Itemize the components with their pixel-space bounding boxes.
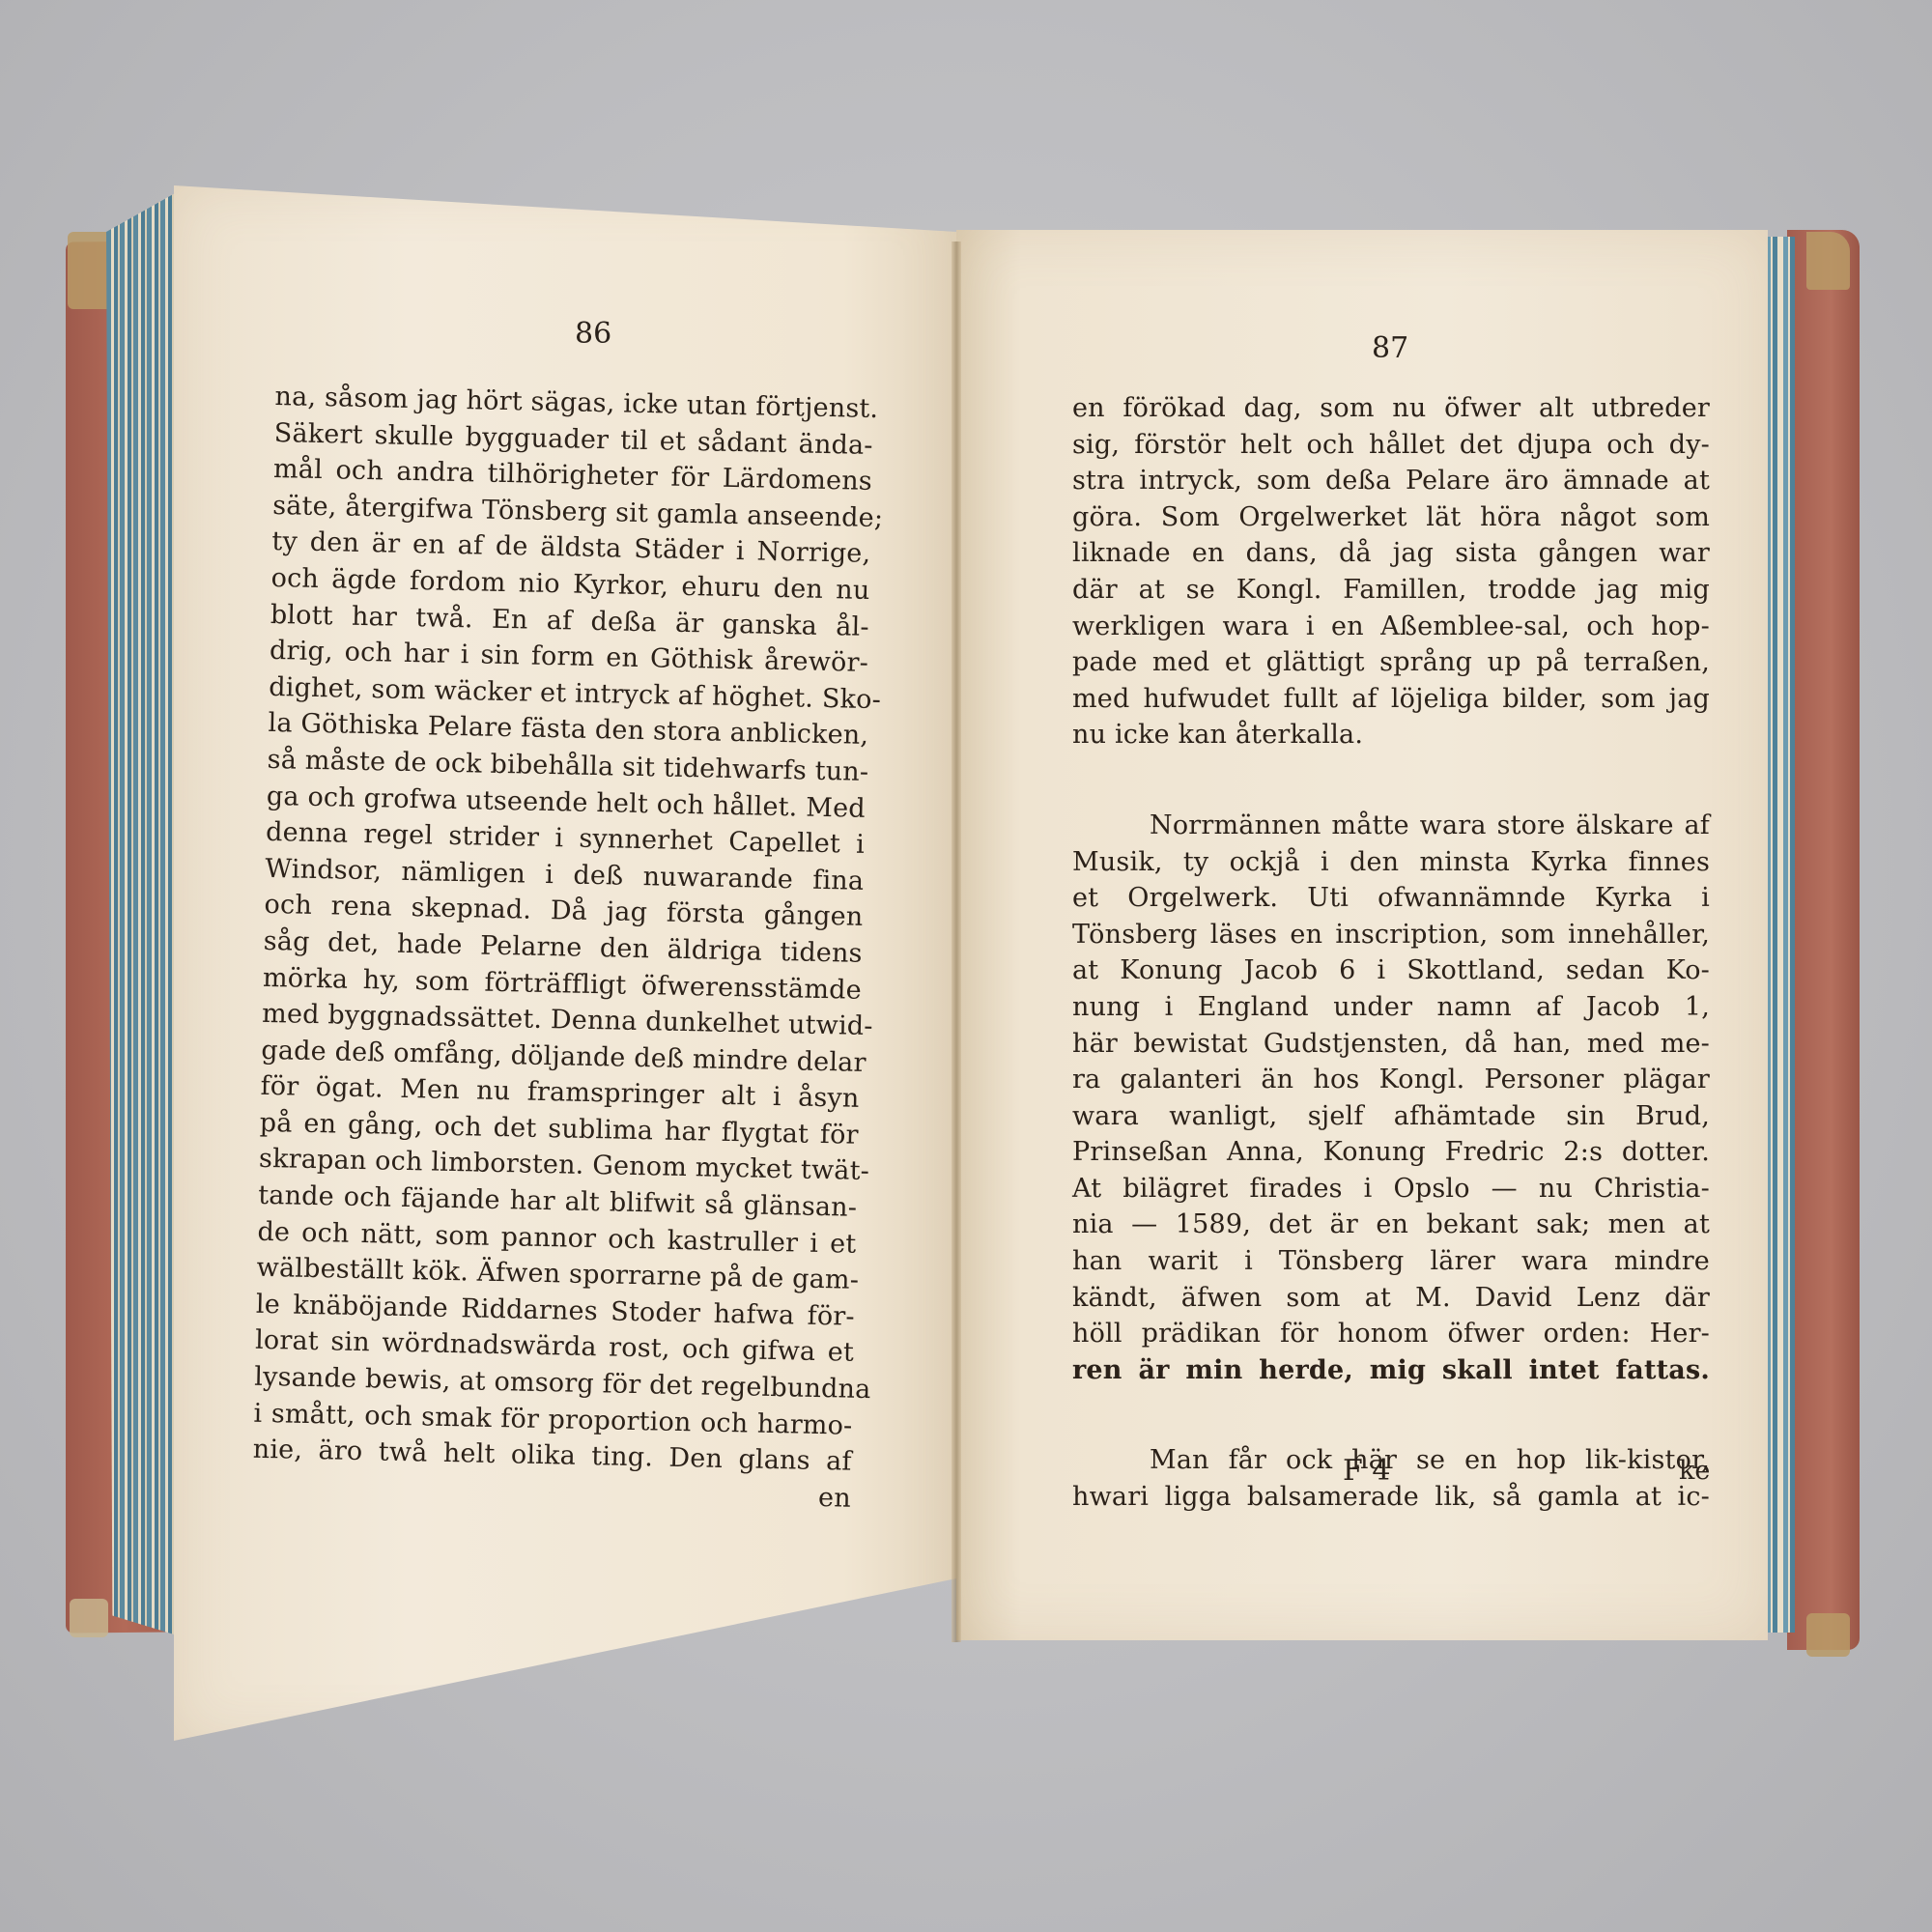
paragraph-gap [1072, 1388, 1710, 1442]
text-line: där at se Kongl. Famillen, trodde jag mi… [1072, 572, 1710, 609]
text-line: kändt, äfwen som at M. David Lenz där [1072, 1280, 1710, 1317]
text-line: ra galanteri än hos Kongl. Personer pläg… [1072, 1062, 1710, 1098]
worn-corner-bottom-left [70, 1599, 108, 1637]
text-line: höll prädikan för honom öfwer orden: Her… [1072, 1316, 1710, 1352]
text-line: hwari ligga balsamerade lik, så gamla at… [1072, 1479, 1710, 1516]
text-line: pade med et glättigt språng up på terraß… [1072, 644, 1710, 681]
text-line: Prinseßan Anna, Konung Fredric 2:s dotte… [1072, 1134, 1710, 1171]
text-line: at Konung Jacob 6 i Skottland, sedan Ko- [1072, 952, 1710, 989]
text-line: wara wanligt, sjelf afhämtade sin Brud, [1072, 1098, 1710, 1135]
worn-corner-bottom-right [1806, 1613, 1850, 1657]
text-line: nung i England under namn af Jacob 1, [1072, 989, 1710, 1026]
catchword: ke [1679, 1456, 1710, 1486]
text-line: Man får ock här se en hop lik-kistor, [1072, 1442, 1710, 1479]
text-line: nia — 1589, det är en bekant sak; men at [1072, 1207, 1710, 1243]
signature-mark: F 4 [1343, 1454, 1390, 1488]
left-page-edges [106, 188, 184, 1637]
text-line: stra intryck, som deßa Pelare äro ämnade… [1072, 463, 1710, 499]
text-line: ren är min herde, mig skall intet fattas… [1072, 1352, 1710, 1389]
left-page-number: 86 [575, 317, 611, 351]
text-line: et Orgelwerk. Uti ofwannämnde Kyrka i [1072, 880, 1710, 917]
text-line: här bewistat Gudstjensten, då han, med m… [1072, 1026, 1710, 1063]
paragraph-gap [1072, 753, 1710, 808]
left-page-text: na, såsom jag hört sägas, icke utan fört… [252, 379, 874, 1517]
text-line: sig, förstör helt och hållet det djupa o… [1072, 427, 1710, 464]
right-page-number: 87 [1372, 331, 1408, 365]
text-line: Tönsberg läses en inscription, som inneh… [1072, 917, 1710, 953]
text-line: Musik, ty ockjå i den minsta Kyrka finne… [1072, 844, 1710, 881]
open-book: 86 na, såsom jag hört sägas, icke utan f… [0, 0, 1932, 1932]
right-cover [1787, 230, 1860, 1650]
text-line: nu icke kan återkalla. [1072, 717, 1710, 753]
text-line: han warit i Tönsberg lärer wara mindre [1072, 1243, 1710, 1280]
text-line: At bilägret firades i Opslo — nu Christi… [1072, 1171, 1710, 1207]
text-line: göra. Som Orgelwerket lät höra något som [1072, 499, 1710, 536]
text-line: liknade en dans, då jag sista gången war [1072, 535, 1710, 572]
right-page-text: en förökad dag, som nu öfwer alt utbrede… [1072, 390, 1710, 1516]
text-line: Norrmännen måtte wara store älskare af [1072, 808, 1710, 844]
text-line: med hufwudet fullt af löjeliga bilder, s… [1072, 681, 1710, 718]
book-gutter [952, 241, 961, 1642]
text-line: en förökad dag, som nu öfwer alt utbrede… [1072, 390, 1710, 427]
text-line: werkligen wara i en Aßemblee-sal, och ho… [1072, 609, 1710, 645]
worn-corner-top-right [1806, 232, 1850, 290]
